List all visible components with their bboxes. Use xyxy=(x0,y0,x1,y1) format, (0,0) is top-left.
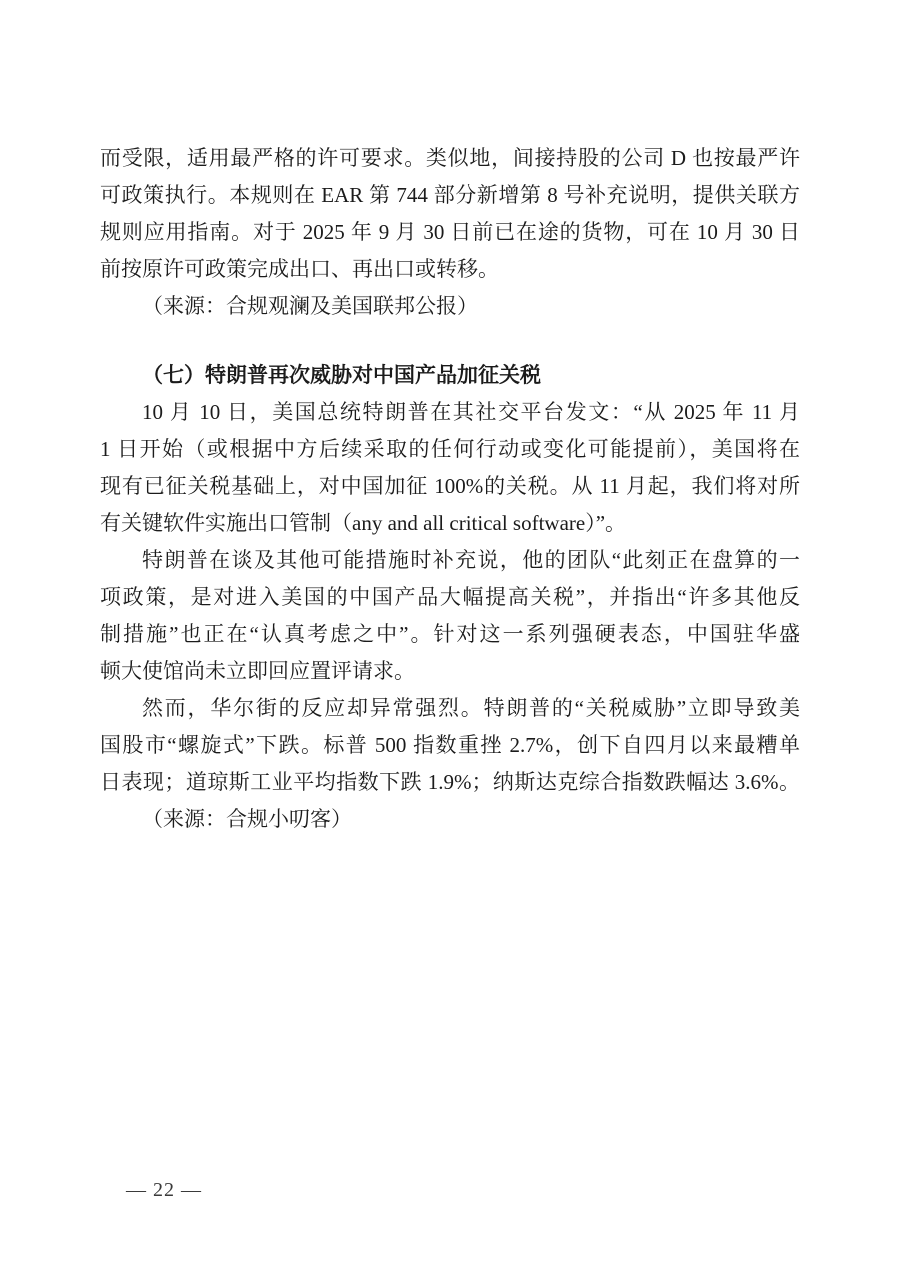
source-attribution-compliance-blog: （来源：合规小叨客） xyxy=(100,801,800,838)
text-line: 可政策执行。本规则在 EAR 第 744 部分新增第 8 号补充说明，提供关联方 xyxy=(100,177,800,214)
text-line: 项政策，是对进入美国的中国产品大幅提高关税”，并指出“许多其他反 xyxy=(100,579,800,616)
text-line: 规则应用指南。对于 2025 年 9 月 30 日前已在途的货物，可在 10 月… xyxy=(100,214,800,251)
text-line: 10 月 10 日，美国总统特朗普在其社交平台发文：“从 2025 年 11 月 xyxy=(100,394,800,431)
paragraph-ear-related-party-rule: 而受限，适用最严格的许可要求。类似地，间接持股的公司 D 也按最严许 可政策执行… xyxy=(100,140,800,288)
text-line: 日表现；道琼斯工业平均指数下跌 1.9%；纳斯达克综合指数跌幅达 3.6%。 xyxy=(100,764,800,801)
text-line: 前按原许可政策完成出口、再出口或转移。 xyxy=(100,251,800,288)
text-line: （来源：合规小叨客） xyxy=(100,801,800,838)
text-line: 有关键软件实施出口管制（any and all critical softwar… xyxy=(100,505,800,542)
text-line: 特朗普在谈及其他可能措施时补充说，他的团队“此刻正在盘算的一 xyxy=(100,542,800,579)
paragraph-additional-measures: 特朗普在谈及其他可能措施时补充说，他的团队“此刻正在盘算的一 项政策，是对进入美… xyxy=(100,542,800,690)
paragraph-trump-social-post: 10 月 10 日，美国总统特朗普在其社交平台发文：“从 2025 年 11 月… xyxy=(100,394,800,542)
section-heading-tariff-threat: （七）特朗普再次威胁对中国产品加征关税 xyxy=(100,357,800,394)
text-line: 1 日开始（或根据中方后续采取的任何行动或变化可能提前），美国将在 xyxy=(100,431,800,468)
text-line: 然而，华尔街的反应却异常强烈。特朗普的“关税威胁”立即导致美 xyxy=(100,690,800,727)
page-number: — 22 — xyxy=(126,1176,202,1204)
paragraph-wall-street-reaction: 然而，华尔街的反应却异常强烈。特朗普的“关税威胁”立即导致美 国股市“螺旋式”下… xyxy=(100,690,800,801)
text-line: 而受限，适用最严格的许可要求。类似地，间接持股的公司 D 也按最严许 xyxy=(100,140,800,177)
document-page: 而受限，适用最严格的许可要求。类似地，间接持股的公司 D 也按最严许 可政策执行… xyxy=(0,0,900,1272)
source-attribution-federal-register: （来源：合规观澜及美国联邦公报） xyxy=(100,288,800,325)
text-line: 制措施”也正在“认真考虑之中”。针对这一系列强硬表态，中国驻华盛 xyxy=(100,616,800,653)
heading-line: （七）特朗普再次威胁对中国产品加征关税 xyxy=(100,357,800,394)
text-line: 顿大使馆尚未立即回应置评请求。 xyxy=(100,653,800,690)
text-line: 现有已征关税基础上，对中国加征 100%的关税。从 11 月起，我们将对所 xyxy=(100,468,800,505)
page-body: 而受限，适用最严格的许可要求。类似地，间接持股的公司 D 也按最严许 可政策执行… xyxy=(100,140,800,838)
text-line: （来源：合规观澜及美国联邦公报） xyxy=(100,288,800,325)
text-line: 国股市“螺旋式”下跌。标普 500 指数重挫 2.7%，创下自四月以来最糟单 xyxy=(100,727,800,764)
